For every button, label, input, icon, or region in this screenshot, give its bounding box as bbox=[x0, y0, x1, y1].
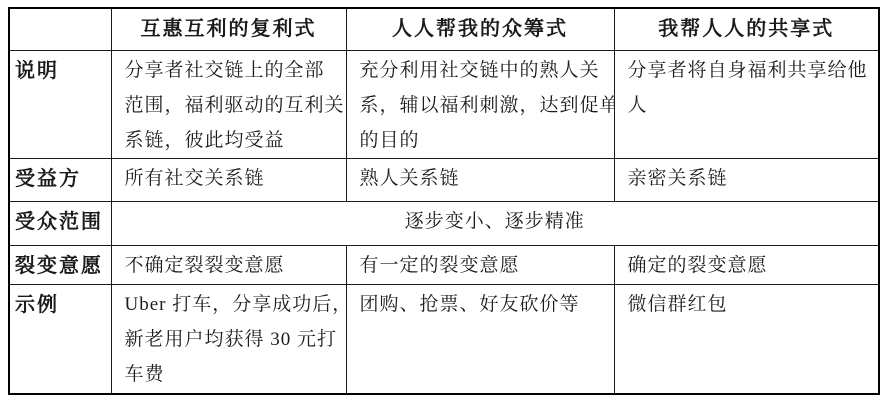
cell-beneficiary-crowdfunding: 熟人关系链 bbox=[346, 158, 614, 201]
row-label-audience-scope: 受众范围 bbox=[9, 201, 111, 245]
row-beneficiary: 受益方 所有社交关系链 熟人关系链 亲密关系链 bbox=[9, 158, 879, 201]
row-label-description: 说明 bbox=[9, 50, 111, 158]
cell-beneficiary-compound: 所有社交关系链 bbox=[111, 158, 346, 201]
header-sharing-mode: 我帮人人的共享式 bbox=[614, 8, 879, 50]
row-description: 说明 分享者社交链上的全部 范围，福利驱动的互利关 系链，彼此均受益 充分利用社… bbox=[9, 50, 879, 158]
fission-comparison-table: 互惠互利的复利式 人人帮我的众筹式 我帮人人的共享式 说明 分享者社交链上的全部… bbox=[8, 7, 880, 395]
header-compound-mode: 互惠互利的复利式 bbox=[111, 8, 346, 50]
cell-description-crowdfunding: 充分利用社交链中的熟人关 系，辅以福利刺激，达到促单 的目的 bbox=[346, 50, 614, 158]
cell-willingness-compound: 不确定裂裂变意愿 bbox=[111, 245, 346, 284]
cell-audience-scope-merged: 逐步变小、逐步精准 bbox=[111, 201, 879, 245]
row-label-example: 示例 bbox=[9, 284, 111, 394]
cell-example-compound: Uber 打车，分享成功后， 新老用户均获得 30 元打 车费 bbox=[111, 284, 346, 394]
cell-willingness-sharing: 确定的裂变意愿 bbox=[614, 245, 879, 284]
row-example: 示例 Uber 打车，分享成功后， 新老用户均获得 30 元打 车费 团购、抢票… bbox=[9, 284, 879, 394]
row-label-fission-willingness: 裂变意愿 bbox=[9, 245, 111, 284]
cell-example-crowdfunding: 团购、抢票、好友砍价等 bbox=[346, 284, 614, 394]
row-label-beneficiary: 受益方 bbox=[9, 158, 111, 201]
cell-example-sharing: 微信群红包 bbox=[614, 284, 879, 394]
header-crowdfunding-mode: 人人帮我的众筹式 bbox=[346, 8, 614, 50]
cell-description-compound: 分享者社交链上的全部 范围，福利驱动的互利关 系链，彼此均受益 bbox=[111, 50, 346, 158]
header-blank-cell bbox=[9, 8, 111, 50]
row-fission-willingness: 裂变意愿 不确定裂裂变意愿 有一定的裂变意愿 确定的裂变意愿 bbox=[9, 245, 879, 284]
cell-description-sharing: 分享者将自身福利共享给他 人 bbox=[614, 50, 879, 158]
header-row: 互惠互利的复利式 人人帮我的众筹式 我帮人人的共享式 bbox=[9, 8, 879, 50]
cell-beneficiary-sharing: 亲密关系链 bbox=[614, 158, 879, 201]
row-audience-scope: 受众范围 逐步变小、逐步精准 bbox=[9, 201, 879, 245]
cell-willingness-crowdfunding: 有一定的裂变意愿 bbox=[346, 245, 614, 284]
